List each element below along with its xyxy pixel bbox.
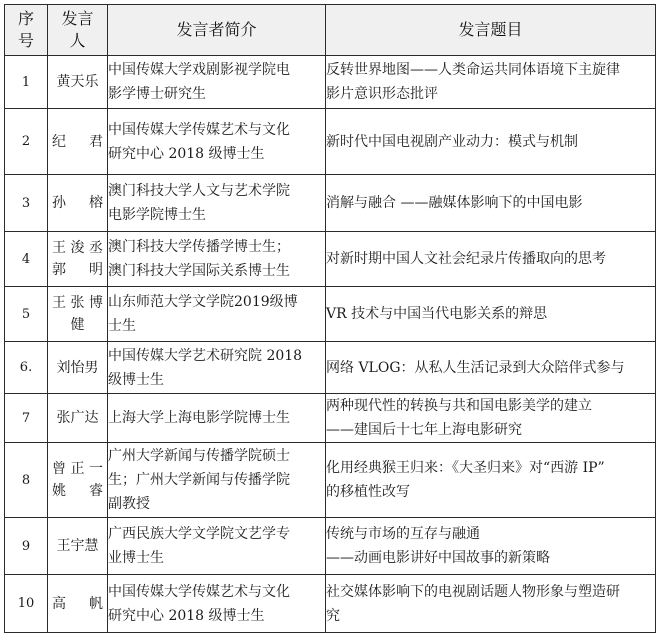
speaker-bio-line: 广州大学新闻与传播学院硕士 [108,444,325,468]
talk-topic-cell: VR 技术与中国当代电影关系的辩思 [326,287,656,342]
header-speaker: 发言 人 [48,5,108,56]
speaker-table-container: 序 号 发言 人 发言者简介 发言题目 1黄天乐中国传媒大学戏剧影视学院电影学博… [4,4,655,633]
talk-topic-line: 两种现代性的转换与共和国电影美学的建立 [326,394,655,418]
talk-topic-line: 化用经典猴王归来：《大圣归来》对“西游 IP” [326,456,655,480]
talk-topic-line: 究 [326,604,655,628]
speaker-bio-line: 中国传媒大学戏剧影视学院电 [108,58,325,82]
speaker-bio-line: 研究中心 2018 级博士生 [108,142,325,166]
talk-topic-line: 社交媒体影响下的电视剧话题人物形象与塑造研 [326,580,655,604]
speaker-name: 郭 明 [48,259,107,281]
speaker-bio-line: 中国传媒大学传媒艺术与文化 [108,118,325,142]
speaker-schedule-table: 序 号 发言 人 发言者简介 发言题目 1黄天乐中国传媒大学戏剧影视学院电影学博… [4,4,656,633]
speaker-name: 王张博 [48,292,107,314]
row-number: 2 [5,109,48,175]
row-number: 10 [5,575,48,633]
speaker-name: 曾正一 [48,458,107,480]
speaker-name-cell: 曾正一姚 睿 [48,443,108,518]
row-number: 8 [5,443,48,518]
talk-topic-line: 影片意识形态批评 [326,82,655,106]
speaker-bio-cell: 中国传媒大学传媒艺术与文化研究中心 2018 级博士生 [108,109,326,175]
speaker-bio-line: 山东师范大学文学院2019级博 [108,290,325,314]
table-row: 6.刘怡男中国传媒大学艺术研究院 2018级博士生网络 VLOG：从私人生活记录… [5,342,656,394]
table-body: 1黄天乐中国传媒大学戏剧影视学院电影学博士研究生反转世界地图——人类命运共同体语… [5,56,656,633]
speaker-name-cell: 黄天乐 [48,56,108,109]
talk-topic-cell: 两种现代性的转换与共和国电影美学的建立——建国后十七年上海电影研究 [326,394,656,443]
speaker-bio-line: 澳门科技大学传播学博士生； [108,235,325,259]
speaker-name: 高 帆 [48,593,107,615]
speaker-name-cell: 孙 榕 [48,175,108,232]
speaker-name-cell: 刘怡男 [48,342,108,394]
talk-topic-line: ——建国后十七年上海电影研究 [326,418,655,442]
header-number: 序 号 [5,5,48,56]
speaker-bio-cell: 中国传媒大学戏剧影视学院电影学博士研究生 [108,56,326,109]
speaker-bio-line: 上海大学上海电影学院博士生 [108,406,325,430]
speaker-name: 黄天乐 [48,71,107,93]
row-number: 5 [5,287,48,342]
table-row: 2纪 君中国传媒大学传媒艺术与文化研究中心 2018 级博士生新时代中国电视剧产… [5,109,656,175]
speaker-bio-line: 副教授 [108,492,325,516]
talk-topic-line: VR 技术与中国当代电影关系的辩思 [326,302,655,326]
speaker-bio-line: 中国传媒大学传媒艺术与文化 [108,580,325,604]
speaker-name-cell: 高 帆 [48,575,108,633]
speaker-name: 王浚丞 [48,237,107,259]
speaker-bio-line: 级博士生 [108,368,325,392]
talk-topic-cell: 对新时期中国人文社会纪录片传播取向的思考 [326,232,656,287]
talk-topic-line: ——动画电影讲好中国故事的新策略 [326,546,655,570]
row-number: 1 [5,56,48,109]
speaker-bio-line: 业博士生 [108,546,325,570]
header-speaker-line2: 人 [48,30,107,52]
speaker-bio-cell: 中国传媒大学艺术研究院 2018级博士生 [108,342,326,394]
table-header-row: 序 号 发言 人 发言者简介 发言题目 [5,5,656,56]
header-topic: 发言题目 [326,5,656,56]
speaker-bio-cell: 中国传媒大学传媒艺术与文化研究中心 2018 级博士生 [108,575,326,633]
talk-topic-cell: 消解与融合 ——融媒体影响下的中国电影 [326,175,656,232]
speaker-name: 孙 榕 [48,192,107,214]
speaker-bio-cell: 上海大学上海电影学院博士生 [108,394,326,443]
row-number: 9 [5,518,48,575]
talk-topic-cell: 传统与市场的互存与融通——动画电影讲好中国故事的新策略 [326,518,656,575]
row-number: 3 [5,175,48,232]
talk-topic-line: 反转世界地图——人类命运共同体语境下主旋律 [326,58,655,82]
talk-topic-line: 网络 VLOG：从私人生活记录到大众陪伴式参与 [326,356,655,380]
speaker-name-cell: 纪 君 [48,109,108,175]
speaker-bio-line: 影学博士研究生 [108,82,325,106]
table-row: 1黄天乐中国传媒大学戏剧影视学院电影学博士研究生反转世界地图——人类命运共同体语… [5,56,656,109]
speaker-bio-cell: 广西民族大学文学院文艺学专业博士生 [108,518,326,575]
row-number: 7 [5,394,48,443]
speaker-bio-cell: 澳门科技大学传播学博士生；澳门科技大学国际关系博士生 [108,232,326,287]
table-row: 10高 帆中国传媒大学传媒艺术与文化研究中心 2018 级博士生社交媒体影响下的… [5,575,656,633]
speaker-bio-cell: 广州大学新闻与传播学院硕士生；广州大学新闻与传播学院副教授 [108,443,326,518]
talk-topic-cell: 社交媒体影响下的电视剧话题人物形象与塑造研究 [326,575,656,633]
talk-topic-cell: 新时代中国电视剧产业动力：模式与机制 [326,109,656,175]
header-bio: 发言者简介 [108,5,326,56]
speaker-bio-cell: 澳门科技大学人文与艺术学院电影学院博士生 [108,175,326,232]
table-row: 5王张博健山东师范大学文学院2019级博士生VR 技术与中国当代电影关系的辩思 [5,287,656,342]
table-row: 4王浚丞郭 明澳门科技大学传播学博士生；澳门科技大学国际关系博士生对新时期中国人… [5,232,656,287]
talk-topic-cell: 反转世界地图——人类命运共同体语境下主旋律影片意识形态批评 [326,56,656,109]
speaker-name: 刘怡男 [48,357,107,379]
talk-topic-line: 消解与融合 ——融媒体影响下的中国电影 [326,191,655,215]
talk-topic-line: 新时代中国电视剧产业动力：模式与机制 [326,130,655,154]
speaker-bio-cell: 山东师范大学文学院2019级博士生 [108,287,326,342]
row-number: 4 [5,232,48,287]
speaker-name: 王宇慧 [48,535,107,557]
speaker-name: 纪 君 [48,131,107,153]
speaker-bio-line: 士生 [108,314,325,338]
table-row: 8曾正一姚 睿广州大学新闻与传播学院硕士生；广州大学新闻与传播学院副教授化用经典… [5,443,656,518]
table-row: 3孙 榕澳门科技大学人文与艺术学院电影学院博士生消解与融合 ——融媒体影响下的中… [5,175,656,232]
speaker-bio-line: 生；广州大学新闻与传播学院 [108,468,325,492]
talk-topic-line: 的移植性改写 [326,480,655,504]
talk-topic-cell: 化用经典猴王归来：《大圣归来》对“西游 IP”的移植性改写 [326,443,656,518]
speaker-name: 张广达 [48,407,107,429]
row-number: 6. [5,342,48,394]
table-row: 9王宇慧广西民族大学文学院文艺学专业博士生传统与市场的互存与融通——动画电影讲好… [5,518,656,575]
header-speaker-line1: 发言 [48,8,107,30]
speaker-name-cell: 张广达 [48,394,108,443]
speaker-bio-line: 澳门科技大学人文与艺术学院 [108,179,325,203]
speaker-bio-line: 中国传媒大学艺术研究院 2018 [108,344,325,368]
speaker-bio-line: 澳门科技大学国际关系博士生 [108,259,325,283]
speaker-name: 健 [48,314,107,336]
speaker-bio-line: 电影学院博士生 [108,203,325,227]
speaker-bio-line: 广西民族大学文学院文艺学专 [108,522,325,546]
speaker-name: 姚 睿 [48,480,107,502]
talk-topic-cell: 网络 VLOG：从私人生活记录到大众陪伴式参与 [326,342,656,394]
talk-topic-line: 传统与市场的互存与融通 [326,522,655,546]
table-row: 7张广达上海大学上海电影学院博士生两种现代性的转换与共和国电影美学的建立——建国… [5,394,656,443]
speaker-name-cell: 王宇慧 [48,518,108,575]
header-number-line2: 号 [5,30,47,52]
talk-topic-line: 对新时期中国人文社会纪录片传播取向的思考 [326,247,655,271]
speaker-bio-line: 研究中心 2018 级博士生 [108,604,325,628]
speaker-name-cell: 王张博健 [48,287,108,342]
speaker-name-cell: 王浚丞郭 明 [48,232,108,287]
header-number-line1: 序 [5,8,47,30]
